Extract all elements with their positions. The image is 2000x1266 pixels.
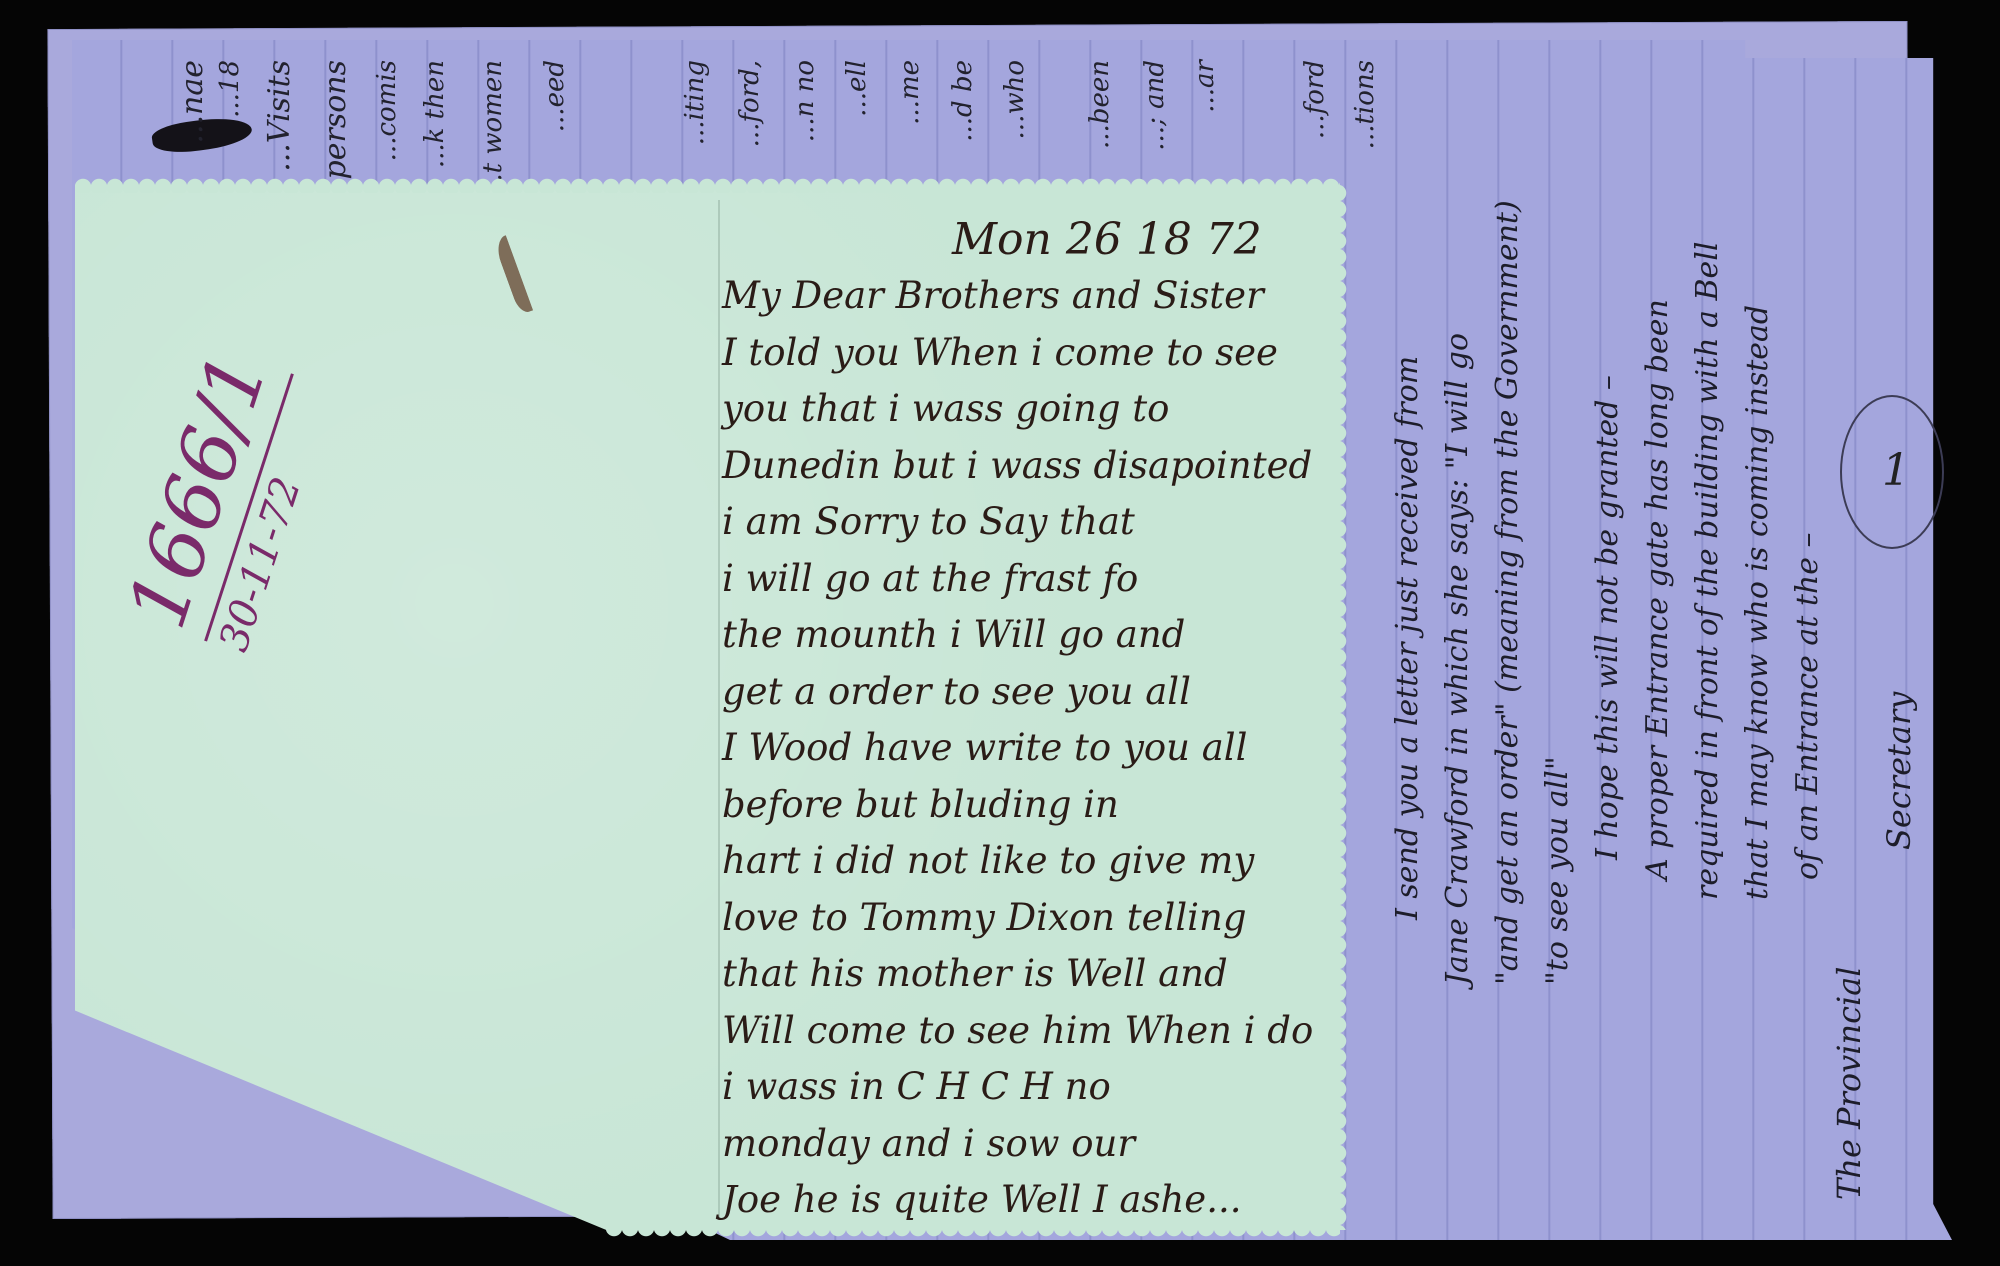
strip-fragment: ...comis bbox=[372, 60, 402, 161]
scalloped-edge bbox=[1332, 185, 1348, 1230]
strip-fragment: ...; and bbox=[1140, 60, 1170, 151]
strip-fragment: ...ford, bbox=[735, 60, 765, 147]
minute-line: "and get an order" (meaning from the Gov… bbox=[1490, 200, 1525, 985]
letter-line: before but bluding in bbox=[722, 777, 1332, 834]
letter-line: Dunedin but i wass disapointed bbox=[722, 438, 1332, 495]
scalloped-edge bbox=[75, 177, 1340, 193]
strip-fragment: ...me bbox=[895, 60, 925, 125]
minute-line: I hope this will not be granted – bbox=[1590, 375, 1625, 860]
strip-fragment: ...tions bbox=[1350, 60, 1380, 149]
minute-line: required in front of the building with a… bbox=[1690, 242, 1725, 900]
minute-line: of an Entrance at the – bbox=[1790, 532, 1825, 880]
letter-line: i am Sorry to Say that bbox=[722, 494, 1332, 551]
letter-line: that his mother is Well and bbox=[722, 946, 1332, 1003]
letter-line: get a order to see you all bbox=[722, 664, 1332, 721]
strip-fragment: ...d be bbox=[948, 60, 978, 142]
strip-fragment: ...ar bbox=[1190, 60, 1220, 113]
letter-line: Will come to see him When i do bbox=[722, 1003, 1332, 1060]
letter-line: i will go at the frast fo bbox=[722, 551, 1332, 608]
strip-fragment: ...Visits bbox=[262, 60, 297, 172]
letter-line: love to Tommy Dixon telling bbox=[722, 890, 1332, 947]
minute-line: that I may know who is coming instead bbox=[1740, 305, 1775, 900]
letter-line: hart i did not like to give my bbox=[722, 833, 1332, 890]
letter-date: Mon 26 18 72 bbox=[722, 212, 1332, 268]
minute-line: Jane Crawford in which she says: "I will… bbox=[1440, 333, 1475, 985]
strip-fragment: ...eed bbox=[540, 60, 570, 132]
letter-body: Mon 26 18 72 My Dear Brothers and Sister… bbox=[722, 212, 1332, 1229]
letter-line: you that i wass going to bbox=[722, 381, 1332, 438]
minute-line: A proper Entrance gate has long been bbox=[1640, 299, 1675, 880]
addressee-line: Secretary bbox=[1880, 692, 1918, 850]
strip-fragment: ...been bbox=[1085, 60, 1115, 149]
minute-line: I send you a letter just received from bbox=[1390, 356, 1425, 920]
fold-crease bbox=[718, 200, 720, 1220]
addressee-line: The Provincial bbox=[1830, 966, 1868, 1200]
letter-line: My Dear Brothers and Sister bbox=[722, 268, 1332, 325]
letter-line: i wass in C H C H no bbox=[722, 1059, 1332, 1116]
minute-line: "to see you all" bbox=[1540, 756, 1575, 985]
letter-line: I told you When i come to see bbox=[722, 325, 1332, 382]
strip-fragment: ...n no bbox=[790, 60, 820, 142]
strip-fragment: ...iting bbox=[680, 60, 710, 145]
letter-line: I Wood have write to you all bbox=[722, 720, 1332, 777]
strip-fragment: ...nae bbox=[175, 60, 210, 144]
strip-fragment: ...18 bbox=[215, 60, 245, 118]
letter-line: Joe he is quite Well I ashe... bbox=[722, 1172, 1332, 1229]
strip-fragment: ...who bbox=[1000, 60, 1030, 139]
strip-fragment: ...ell bbox=[842, 60, 872, 117]
letter-line: the mounth i Will go and bbox=[722, 607, 1332, 664]
strip-fragment: ...ford bbox=[1300, 60, 1330, 139]
strip-fragment: ...k then bbox=[420, 60, 450, 168]
letter-line: monday and i sow our bbox=[722, 1116, 1332, 1173]
folio-mark: 1 bbox=[1882, 445, 1910, 496]
folio-oval: 1 bbox=[1840, 395, 1944, 549]
